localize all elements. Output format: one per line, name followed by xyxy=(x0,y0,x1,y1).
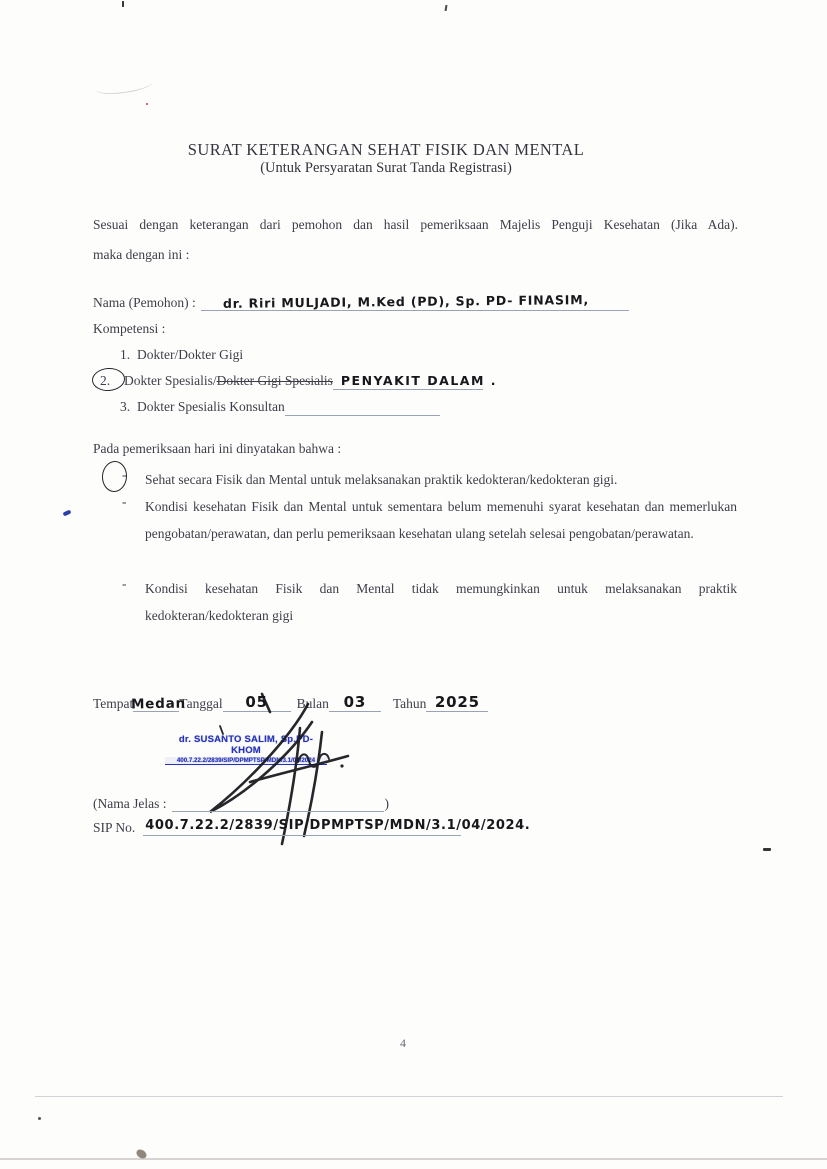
kompetensi-item-2: 2.Dokter Spesialis/Dokter Gigi Spesialis… xyxy=(100,372,483,390)
document-subtitle: (Untuk Persyaratan Surat Tanda Registras… xyxy=(35,160,737,177)
item-text-struck: Dokter Gigi Spesialis xyxy=(217,373,333,388)
page-number: 4 xyxy=(363,1036,443,1051)
handwritten-sip-number: 400.7.22.2/2839/SIP/DPMPTSP/MDN/3.1/04/2… xyxy=(145,818,530,833)
tempat-label: Tempat xyxy=(93,696,133,712)
kompetensi-2-blank: PENYAKIT DALAM . xyxy=(333,372,483,390)
kompetensi-item-1: 1.Dokter/Dokter Gigi xyxy=(120,346,243,364)
handwritten-specialty: PENYAKIT DALAM . xyxy=(341,373,497,388)
item-text: Dokter/Dokter Gigi xyxy=(137,347,243,362)
scan-artifact xyxy=(763,848,771,851)
item-number: 2. xyxy=(100,373,124,389)
bullet-text: Kondisi kesehatan Fisik dan Mental tidak… xyxy=(145,575,737,630)
intro-line-1: Sesuai dengan keterangan dari pemohon da… xyxy=(93,216,738,234)
kompetensi-item-3: 3.Dokter Spesialis Konsultan xyxy=(120,398,440,416)
kompetensi-label: Kompetensi : xyxy=(93,321,165,337)
bullet-text: Sehat secara Fisik dan Mental untuk mela… xyxy=(145,466,737,493)
scan-artifact xyxy=(38,1117,41,1120)
document-title: SURAT KETERANGAN SEHAT FISIK DAN MENTAL xyxy=(35,140,737,160)
item-text: Dokter Spesialis/ xyxy=(124,373,217,388)
scan-artifact xyxy=(444,5,447,11)
nama-blank: dr. Riri MULJADI, M.Ked (PD), Sp. PD- FI… xyxy=(201,293,629,311)
sip-label: SIP No. xyxy=(93,820,135,836)
nama-jelas-row: (Nama Jelas : ) xyxy=(93,794,389,812)
scan-artifact xyxy=(146,103,148,105)
handwritten-tempat: Medan xyxy=(131,696,186,713)
sip-blank: 400.7.22.2/2839/SIP/DPMPTSP/MDN/3.1/04/2… xyxy=(143,818,461,836)
scan-line xyxy=(0,1158,827,1160)
item-number: 1. xyxy=(120,347,137,363)
handwritten-name: dr. Riri MULJADI, M.Ked (PD), Sp. PD- FI… xyxy=(223,292,589,311)
pernyataan-bullet-1: -Sehat secara Fisik dan Mental untuk mel… xyxy=(122,466,737,493)
bullet-text: Kondisi kesehatan Fisik dan Mental untuk… xyxy=(145,493,737,548)
tempat-blank: Medan xyxy=(133,694,179,712)
tahun-label: Tahun xyxy=(393,696,427,712)
sip-row: SIP No. 400.7.22.2/2839/SIP/DPMPTSP/MDN/… xyxy=(93,818,461,836)
bullet-dash: - xyxy=(122,576,145,592)
nama-jelas-blank xyxy=(172,794,384,812)
pernyataan-label: Pada pemeriksaan hari ini dinyatakan bah… xyxy=(93,441,341,457)
scan-line xyxy=(35,1096,783,1097)
kompetensi-3-blank xyxy=(285,398,440,416)
bullet-dash: - xyxy=(122,467,145,483)
scanned-document-page: SURAT KETERANGAN SEHAT FISIK DAN MENTAL … xyxy=(0,0,827,1169)
pernyataan-bullet-2: -Kondisi kesehatan Fisik dan Mental untu… xyxy=(122,493,737,548)
nama-row: Nama (Pemohon) : dr. Riri MULJADI, M.Ked… xyxy=(93,293,629,311)
item-text: Dokter Spesialis Konsultan xyxy=(137,399,285,414)
intro-line-2: maka dengan ini : xyxy=(93,246,189,264)
scan-artifact xyxy=(94,74,154,97)
nama-jelas-label: (Nama Jelas : xyxy=(93,796,166,812)
pen-mark xyxy=(63,509,72,516)
nama-jelas-close: ) xyxy=(384,796,389,812)
handwritten-tahun: 2025 xyxy=(426,693,488,711)
nama-label: Nama (Pemohon) : xyxy=(93,295,196,311)
item-number: 3. xyxy=(120,399,137,415)
scan-artifact xyxy=(122,1,124,7)
bullet-dash: - xyxy=(122,494,145,510)
pernyataan-bullet-3: -Kondisi kesehatan Fisik dan Mental tida… xyxy=(122,575,737,630)
tahun-blank: 2025 xyxy=(426,694,488,712)
